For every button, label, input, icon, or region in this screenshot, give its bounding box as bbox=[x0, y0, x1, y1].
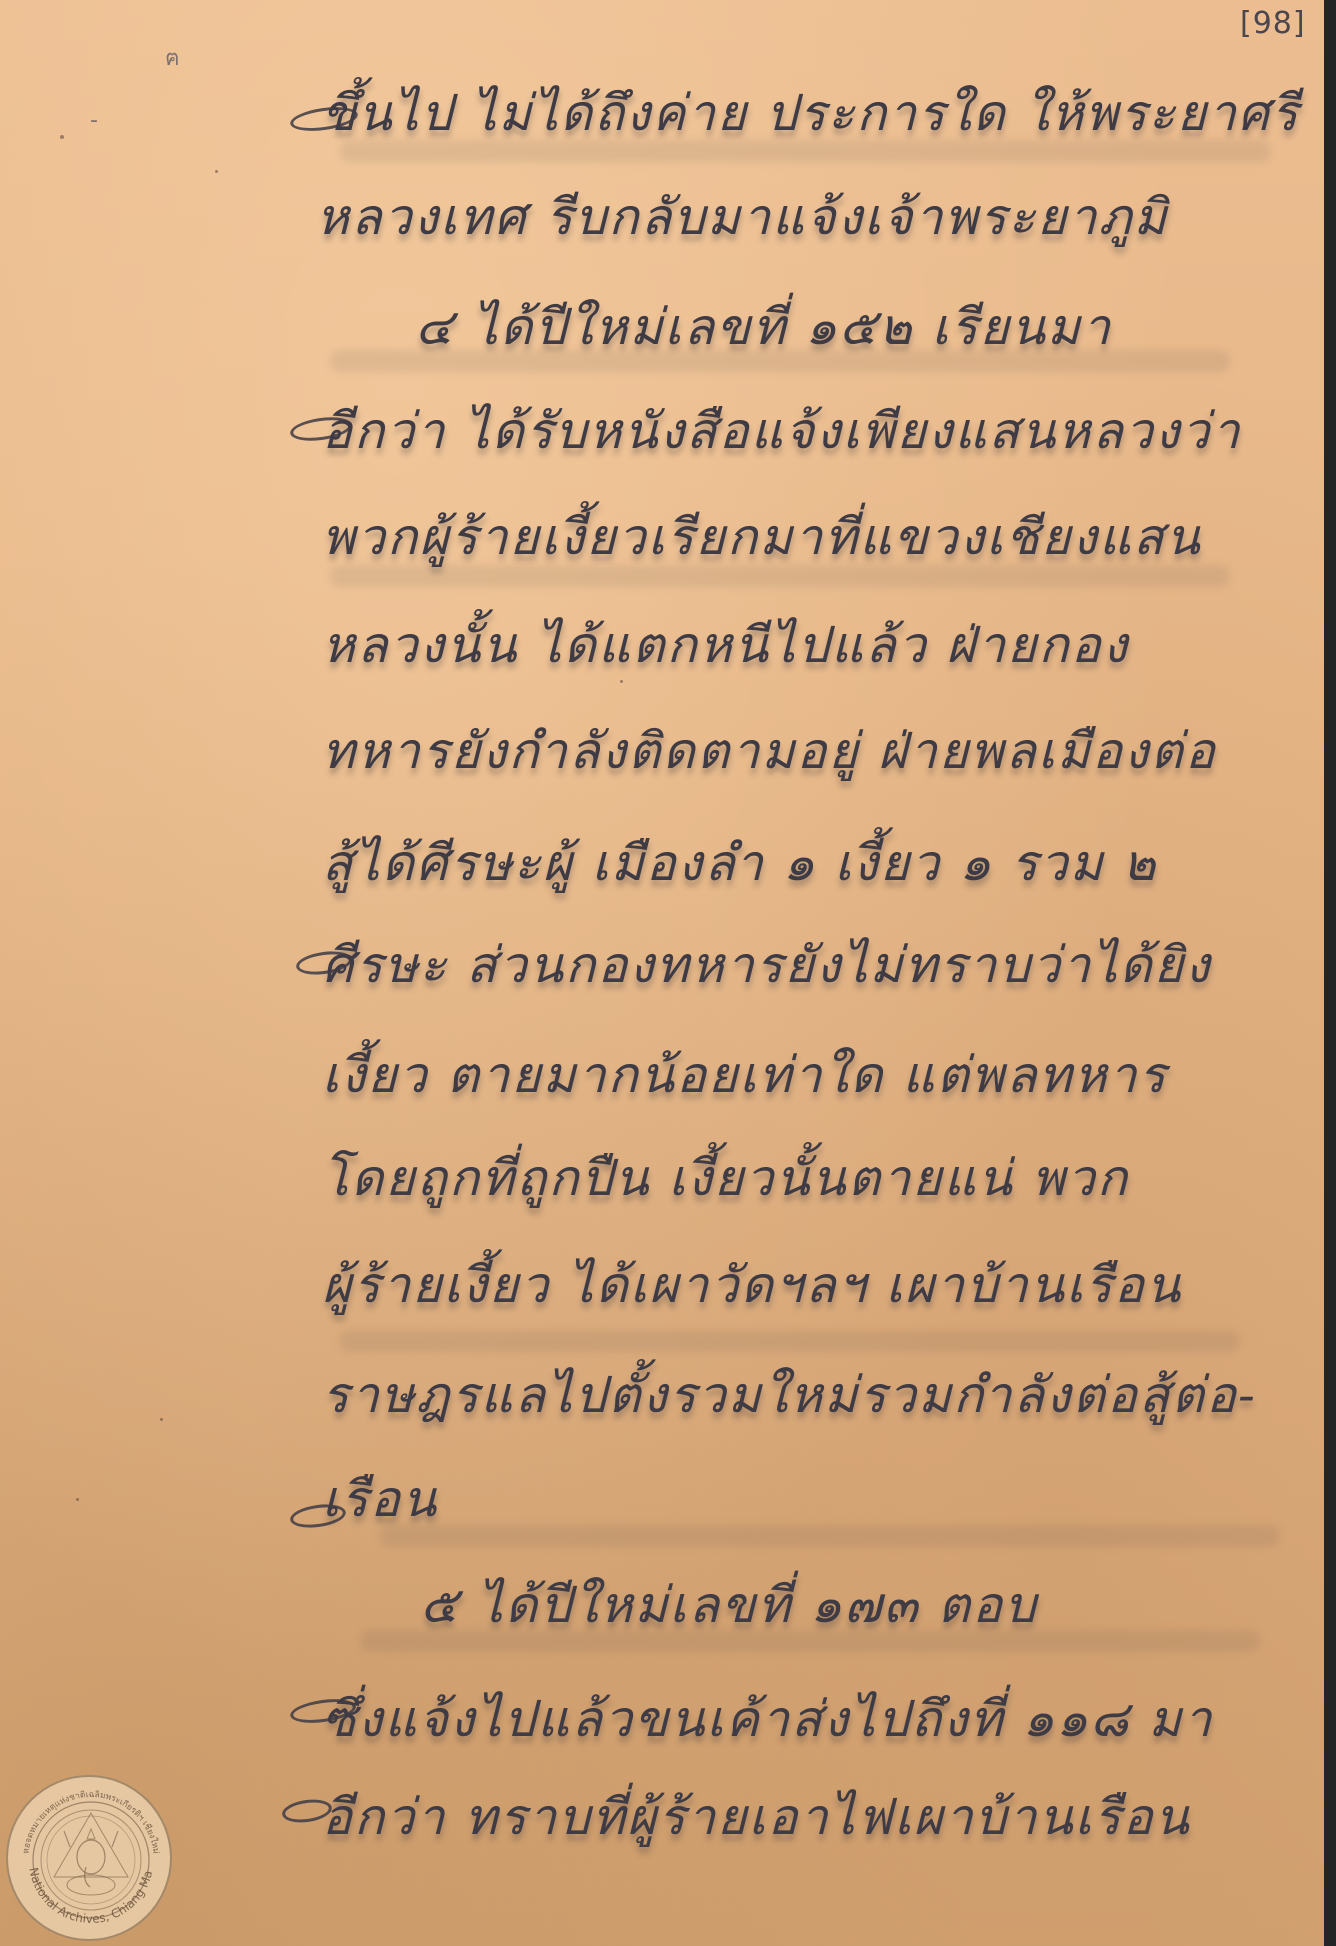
handwritten-line: ๔ ได้ปีใหม่เลขที่ ๑๕๒ เรียนมา bbox=[415, 302, 1112, 352]
handwritten-line: ศีรษะ ส่วนกองทหารยังไม่ทราบว่าได้ยิง bbox=[322, 940, 1212, 990]
paper-speck bbox=[160, 1418, 163, 1421]
bleed-through bbox=[380, 1525, 1280, 1547]
paper-speck bbox=[620, 680, 623, 683]
handwritten-line: สู้ได้ศีรษะผู้ เมืองลำ ๑ เงี้ยว ๑ รวม ๒ bbox=[322, 838, 1158, 888]
handwritten-line: อีกว่า ได้รับหนังสือแจ้งเพียงแสนหลวงว่า bbox=[322, 406, 1242, 456]
handwritten-line: อีกว่า ทราบที่ผู้ร้ายเอาไฟเผาบ้านเรือน bbox=[322, 1792, 1191, 1842]
bleed-through bbox=[340, 1330, 1240, 1352]
handwritten-line: ๕ ได้ปีใหม่เลขที่ ๑๗๓ ตอบ bbox=[420, 1580, 1038, 1630]
paper-speck bbox=[76, 1498, 79, 1501]
handwritten-line: โดยถูกที่ถูกปืน เงี้ยวนั้นตายแน่ พวก bbox=[322, 1153, 1129, 1203]
handwritten-line: หลวงเทศ รีบกลับมาแจ้งเจ้าพระยาภูมิ bbox=[316, 192, 1168, 242]
margin-mark: - bbox=[90, 108, 98, 133]
seal-top-text: หอจดหมายเหตุแห่งชาติเฉลิมพระเกียรติฯ เชี… bbox=[21, 1790, 160, 1855]
ganesha-emblem-icon: หอจดหมายเหตุแห่งชาติเฉลิมพระเกียรติฯ เชี… bbox=[8, 1777, 174, 1943]
svg-text:หอจดหมายเหตุแห่งชาติเฉลิมพระเก: หอจดหมายเหตุแห่งชาติเฉลิมพระเกียรติฯ เชี… bbox=[21, 1790, 160, 1855]
paper-speck bbox=[215, 170, 218, 173]
handwritten-line: ขึ้นไป ไม่ได้ถึงค่าย ประการใด ให้พระยาศร… bbox=[322, 88, 1300, 138]
scan-edge bbox=[1324, 0, 1336, 1946]
paper-speck bbox=[60, 135, 64, 139]
page-number: [98] bbox=[1240, 6, 1306, 41]
handwritten-line: พวกผู้ร้ายเงี้ยวเรียกมาที่แขวงเชียงแสน bbox=[322, 512, 1202, 562]
bleed-through bbox=[330, 565, 1230, 587]
handwritten-line: เรือน bbox=[322, 1474, 438, 1524]
bleed-through bbox=[340, 140, 1270, 162]
document-page: ฅ - [98] ขึ้นไป ไม่ได้ถึงค่าย ประการใด ใ… bbox=[0, 0, 1324, 1946]
handwritten-line: ซึ่งแจ้งไปแล้วขนเค้าส่งไปถึงที่ ๑๑๘ มา bbox=[322, 1694, 1213, 1744]
handwritten-line: ผู้ร้ายเงี้ยว ได้เผาวัดฯลฯ เผาบ้านเรือน bbox=[322, 1260, 1182, 1310]
handwritten-line: ราษฎรแลไปตั้งรวมใหม่รวมกำลังต่อสู้ต่อ- bbox=[322, 1370, 1257, 1420]
handwritten-line: หลวงนั้น ได้แตกหนีไปแล้ว ฝ่ายกอง bbox=[322, 620, 1129, 670]
handwritten-line: ทหารยังกำลังติดตามอยู่ ฝ่ายพลเมืองต่อ bbox=[322, 726, 1217, 776]
margin-mark: ฅ bbox=[165, 40, 180, 75]
archive-seal: หอจดหมายเหตุแห่งชาติเฉลิมพระเกียรติฯ เชี… bbox=[6, 1775, 172, 1941]
handwritten-line: เงี้ยว ตายมากน้อยเท่าใด แต่พลทหาร bbox=[322, 1050, 1167, 1100]
